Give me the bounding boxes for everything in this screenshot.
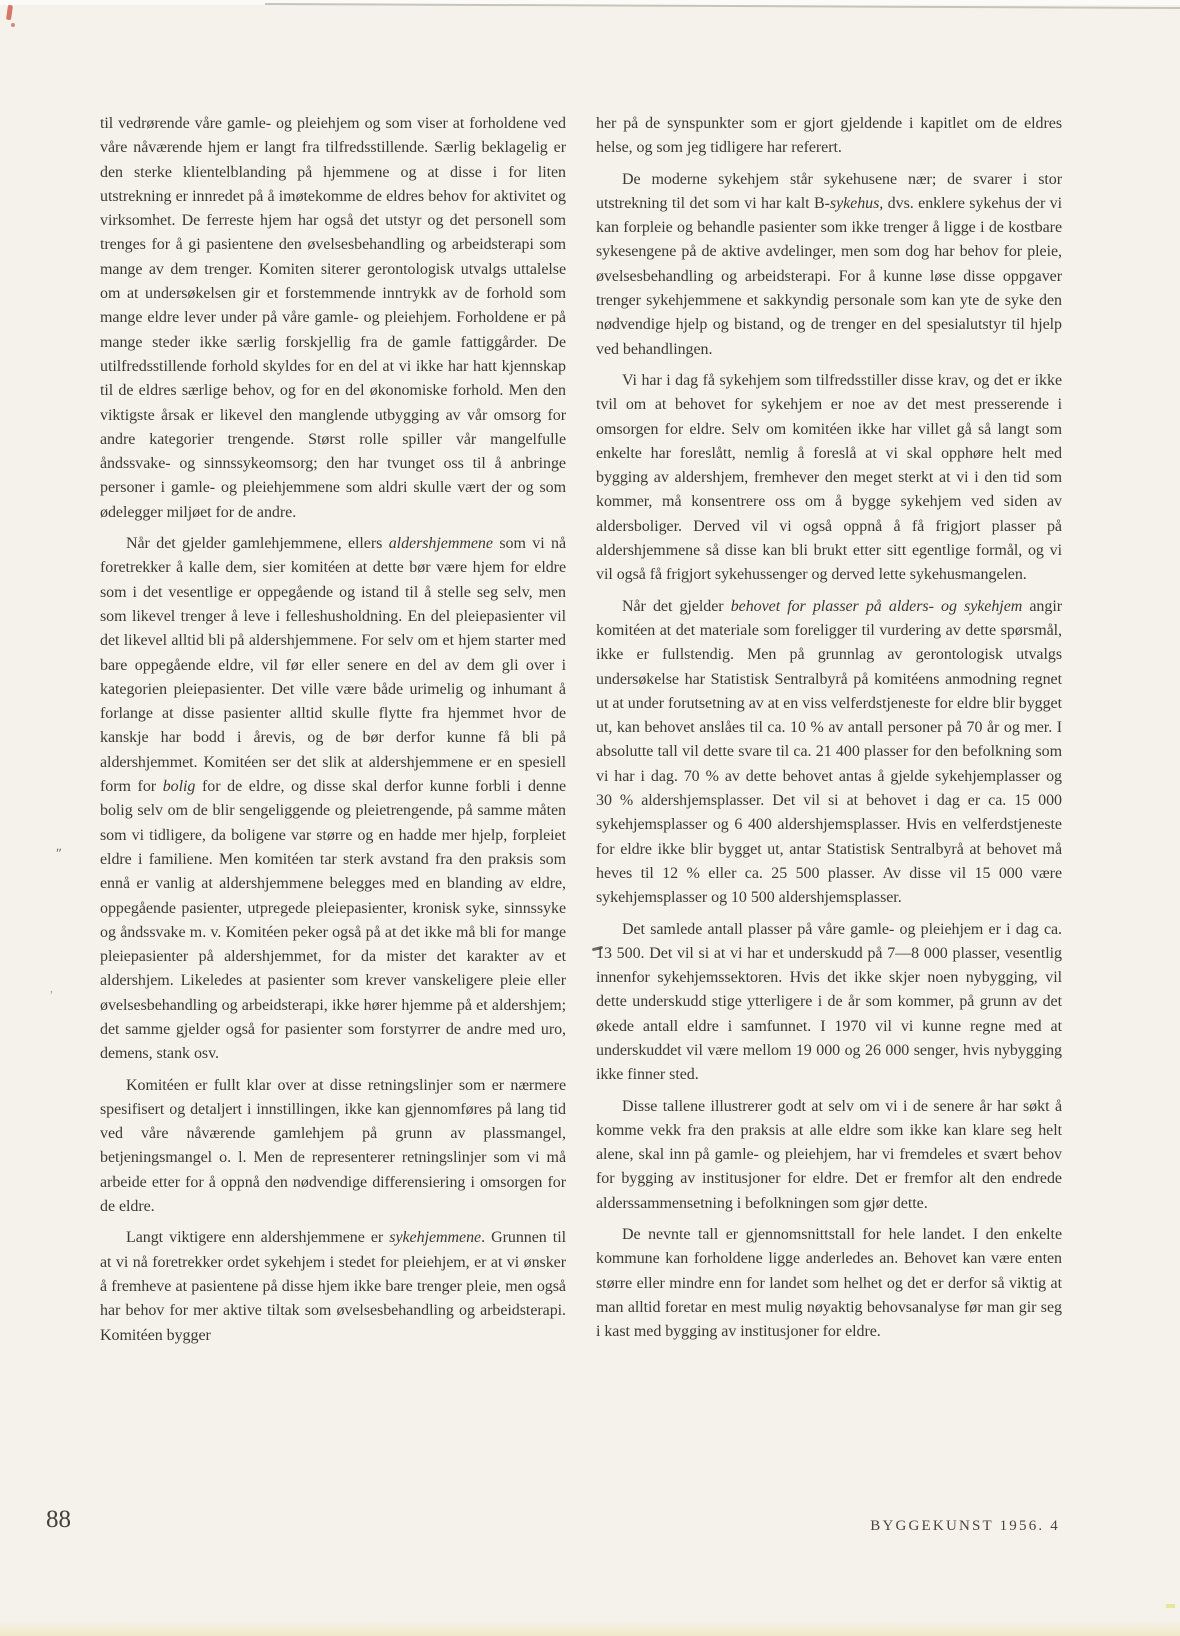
- paragraph: Det samlede antall plasser på våre gamle…: [596, 918, 1062, 1088]
- red-ink-speck: [6, 5, 13, 21]
- journal-credit: BYGGEKUNST 1956. 4: [870, 1518, 1060, 1535]
- left-text-column: til vedrørende våre gamle- og pleiehjem …: [100, 112, 566, 1348]
- paragraph: Når det gjelder behovet for plasser på a…: [596, 595, 1062, 911]
- text-run: Langt viktigere enn aldershjemmene er: [126, 1229, 389, 1246]
- paragraph: her på de synspunkter som er gjort gjeld…: [596, 112, 1062, 161]
- text-run: bolig: [163, 778, 196, 795]
- text-run: De nevnte tall er gjennomsnittstall for …: [596, 1226, 1062, 1340]
- text-run: Når det gjelder: [622, 598, 731, 615]
- two-column-text-block: til vedrørende våre gamle- og pleiehjem …: [100, 112, 1062, 1348]
- scan-bottom-shadow: [0, 1620, 1180, 1636]
- text-run: for de eldre, og disse skal derfor kunne…: [100, 778, 566, 1062]
- text-run: Vi har i dag få sykehjem som tilfredssti…: [596, 372, 1062, 583]
- text-run: angir komitéen at det materiale som fore…: [596, 598, 1062, 907]
- paragraph: Langt viktigere enn aldershjemmene er sy…: [100, 1226, 566, 1347]
- red-ink-dot: [11, 23, 15, 27]
- right-text-column: her på de synspunkter som er gjort gjeld…: [596, 112, 1062, 1348]
- text-run: Disse tallene illustrerer godt at selv o…: [596, 1098, 1062, 1212]
- text-run: Når det gjelder gamlehjemmene, ellers: [126, 535, 389, 552]
- text-run: dvs. enklere sykehus der vi kan forpleie…: [596, 195, 1062, 358]
- text-run: sykehjemmene: [389, 1229, 481, 1246]
- text-run: . Grunnen til at vi nå foretrekker ordet…: [100, 1229, 566, 1343]
- text-run: Komitéen er fullt klar over at disse ret…: [100, 1077, 566, 1215]
- paragraph: Komitéen er fullt klar over at disse ret…: [100, 1074, 566, 1220]
- text-run: sykehus,: [830, 195, 883, 212]
- scanned-page: ʺ , til vedrørende våre gamle- og pleieh…: [0, 0, 1180, 1636]
- page-number: 88: [46, 1506, 71, 1534]
- text-run: som vi nå foretrekker å kalle dem, sier …: [100, 535, 566, 795]
- margin-mark: ʺ: [56, 851, 63, 859]
- text-run: til vedrørende våre gamle- og pleiehjem …: [100, 115, 566, 521]
- paragraph: Disse tallene illustrerer godt at selv o…: [596, 1095, 1062, 1216]
- text-run: behovet for plasser på alders- og sykehj…: [731, 598, 1023, 615]
- paragraph: Vi har i dag få sykehjem som tilfredssti…: [596, 369, 1062, 588]
- paragraph: De moderne sykehjem står sykehusene nær;…: [596, 168, 1062, 362]
- paragraph: til vedrørende våre gamle- og pleiehjem …: [100, 112, 566, 525]
- text-run: Det samlede antall plasser på våre gamle…: [596, 921, 1062, 1084]
- text-run: aldershjemmene: [389, 535, 493, 552]
- paragraph: Når det gjelder gamlehjemmene, ellers al…: [100, 532, 566, 1067]
- margin-speck: ,: [50, 985, 55, 992]
- yellow-edge-tick: [1166, 1604, 1175, 1608]
- text-run: her på de synspunkter som er gjort gjeld…: [596, 115, 1062, 156]
- paragraph: De nevnte tall er gjennomsnittstall for …: [596, 1223, 1062, 1344]
